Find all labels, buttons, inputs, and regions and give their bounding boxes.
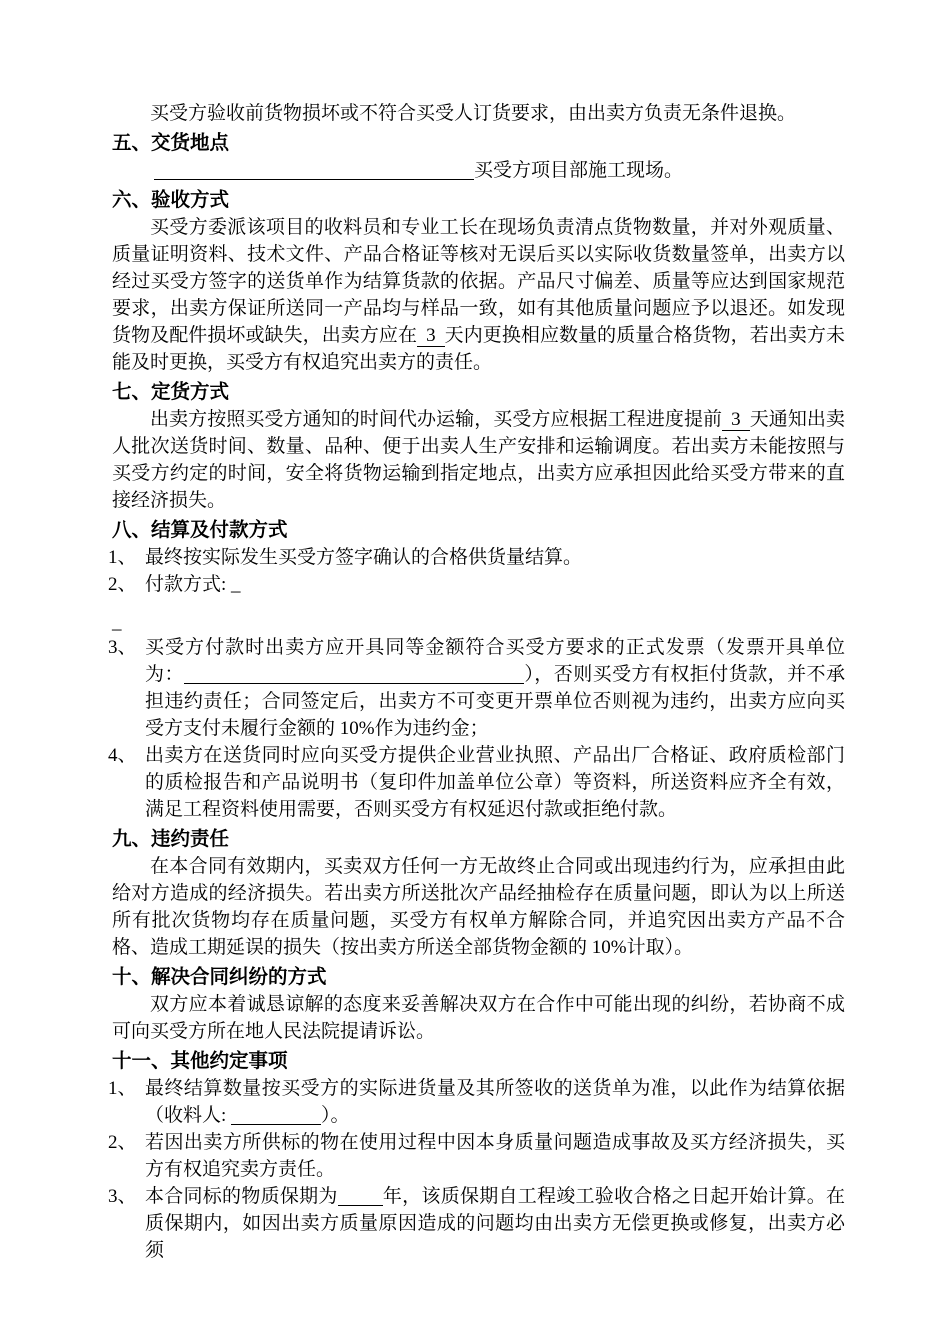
section-7-text-before: 出卖方按照买受方通知的时间代办运输，买受方应根据工程进度提前 (150, 409, 722, 430)
item-number: 1、 (108, 1075, 137, 1102)
payment-method-blank-continued[interactable]: _ (112, 612, 845, 634)
section-11-item-2: 2、 若因出卖方所供标的物在使用过程中因本身质量问题造成事故及买方经济损失，买方… (112, 1129, 845, 1183)
section-8-item-1: 1、 最终按实际发生买受方签字确认的合格供货量结算。 (112, 544, 845, 571)
section-8-item-4-text: 出卖方在送货同时应向买受方提供企业营业执照、产品出厂合格证、政府质检部门的质检报… (145, 745, 845, 820)
section-11-item-3-text-before: 本合同标的物质保期为 (145, 1186, 338, 1207)
section-11-item-2-text: 若因出卖方所供标的物在使用过程中因本身质量问题造成事故及买方经济损失，买方有权追… (145, 1132, 845, 1180)
intro-paragraph: 买受方验收前货物损坏或不符合买受人订货要求，由出卖方负责无条件退换。 (112, 100, 845, 127)
section-8-item-2: 2、 付款方式: _ (112, 571, 845, 598)
item-number: 3、 (108, 634, 137, 661)
section-7-heading: 七、定货方式 (112, 379, 845, 406)
section-8-item-1-text: 最终按实际发生买受方签字确认的合格供货量结算。 (145, 547, 582, 568)
section-6-paragraph: 买受方委派该项目的收料员和专业工长在现场负责清点货物数量，并对外观质量、质量证明… (112, 214, 845, 376)
contract-document-page: 买受方验收前货物损坏或不符合买受人订货要求，由出卖方负责无条件退换。 五、交货地… (0, 0, 950, 1344)
section-11-heading: 十一、其他约定事项 (112, 1048, 845, 1075)
receiver-name-blank[interactable] (231, 1124, 321, 1125)
invoice-issuer-blank[interactable] (184, 683, 524, 684)
notice-days-blank[interactable]: 3 (722, 409, 750, 431)
section-8-heading: 八、结算及付款方式 (112, 517, 845, 544)
section-11-item-1-text-after: ）。 (321, 1105, 350, 1126)
section-11-item-1-text-before: 最终结算数量按买受方的实际进货量及其所签收的送货单为准，以此作为结算依据（收料人… (145, 1078, 845, 1126)
section-11-item-1: 1、 最终结算数量按买受方的实际进货量及其所签收的送货单为准，以此作为结算依据（… (112, 1075, 845, 1129)
item-number: 3、 (108, 1183, 137, 1210)
section-10-heading: 十、解决合同纠纷的方式 (112, 964, 845, 991)
item-number: 1、 (108, 544, 137, 571)
section-10-paragraph: 双方应本着诚恳谅解的态度来妥善解决双方在合作中可能出现的纠纷，若协商不成可向买受… (112, 991, 845, 1045)
section-9-heading: 九、违约责任 (112, 826, 845, 853)
item-number: 2、 (108, 1129, 137, 1156)
payment-method-blank[interactable]: _ (231, 574, 241, 595)
section-6-heading: 六、验收方式 (112, 187, 845, 214)
delivery-location-line: 买受方项目部施工现场。 (154, 157, 845, 184)
section-8-item-3-text-after: ），否则买受方有权拒付货款，并不承担违约责任；合同签定后，出卖方不可变更开票单位… (145, 664, 845, 739)
section-5-heading: 五、交货地点 (112, 130, 845, 157)
section-9-paragraph: 在本合同有效期内，买卖双方任何一方无故终止合同或出现违约行为，应承担由此给对方造… (112, 853, 845, 961)
section-7-paragraph: 出卖方按照买受方通知的时间代办运输，买受方应根据工程进度提前3天通知出卖人批次送… (112, 406, 845, 514)
section-8-item-4: 4、 出卖方在送货同时应向买受方提供企业营业执照、产品出厂合格证、政府质检部门的… (112, 742, 845, 823)
item-number: 4、 (108, 742, 137, 769)
item-number: 2、 (108, 571, 137, 598)
replace-days-blank[interactable]: 3 (417, 325, 445, 347)
warranty-years-blank[interactable] (338, 1205, 383, 1206)
delivery-location-blank[interactable] (154, 179, 474, 180)
section-8-item-3: 3、 买受方付款时出卖方应开具同等金额符合买受方要求的正式发票（发票开具单位为：… (112, 634, 845, 742)
payment-method-label: 付款方式: (145, 574, 231, 595)
delivery-location-text: 买受方项目部施工现场。 (474, 160, 683, 181)
section-11-item-3: 3、 本合同标的物质保期为年，该质保期自工程竣工验收合格之日起开始计算。在质保期… (112, 1183, 845, 1264)
